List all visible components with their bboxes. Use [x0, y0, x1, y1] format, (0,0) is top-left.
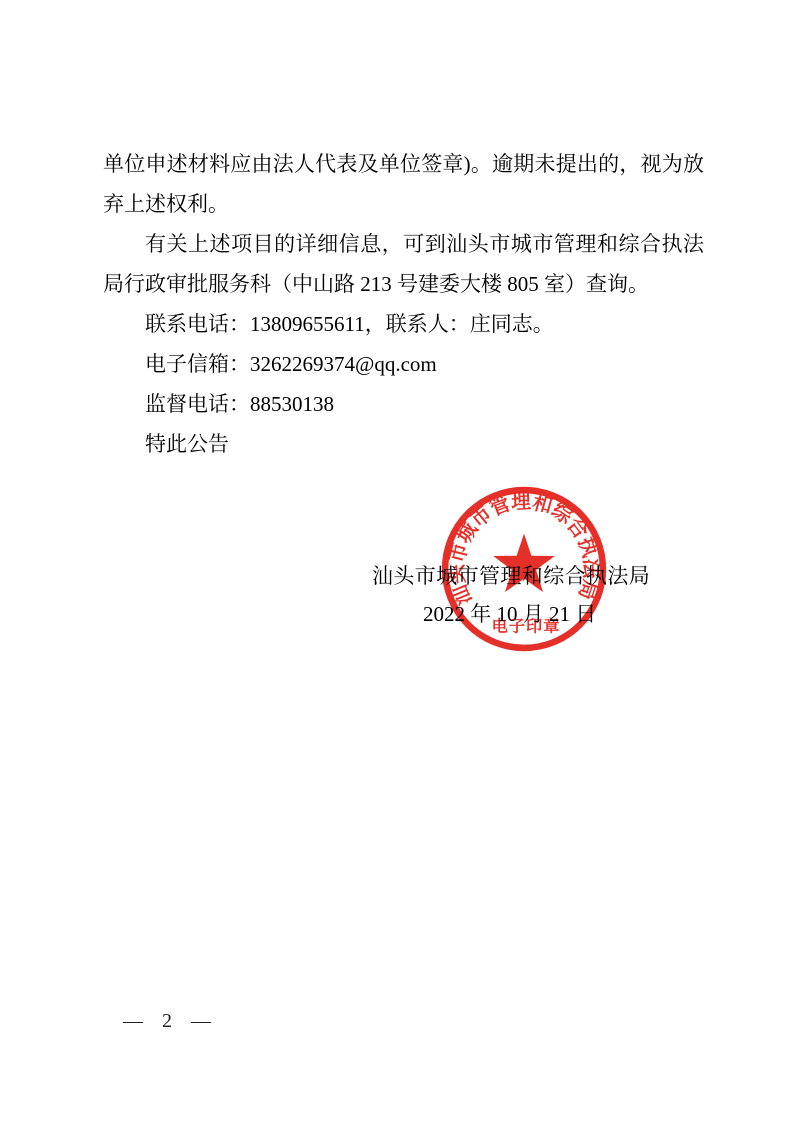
email-line: 电子信箱：3262269374@qq.com [103, 344, 704, 384]
signature-agency-name: 汕头市城市管理和综合执法局 [372, 560, 650, 590]
announcement-body: 单位申述材料应由法人代表及单位签章)。逾期未提出的，视为放弃上述权利。 有关上述… [103, 144, 704, 464]
paragraph-appeal-notice: 单位申述材料应由法人代表及单位签章)。逾期未提出的，视为放弃上述权利。 [103, 144, 704, 224]
closing-line: 特此公告 [103, 424, 704, 464]
seal-ring-text-holder: 汕头市城市管理和综合执法局 [443, 489, 604, 609]
page-number: — 2 — [123, 1010, 211, 1033]
seal-ring-text: 汕头市城市管理和综合执法局 [443, 489, 604, 609]
signature-date: 2022 年 10 月 21 日 [423, 598, 596, 628]
paragraph-project-info: 有关上述项目的详细信息，可到汕头市城市管理和综合执法局行政审批服务科（中山路 2… [103, 224, 704, 304]
contact-phone-line: 联系电话：13809655611，联系人：庄同志。 [103, 304, 704, 344]
supervision-phone-line: 监督电话：88530138 [103, 384, 704, 424]
document-page: 单位申述材料应由法人代表及单位签章)。逾期未提出的，视为放弃上述权利。 有关上述… [0, 0, 794, 1123]
